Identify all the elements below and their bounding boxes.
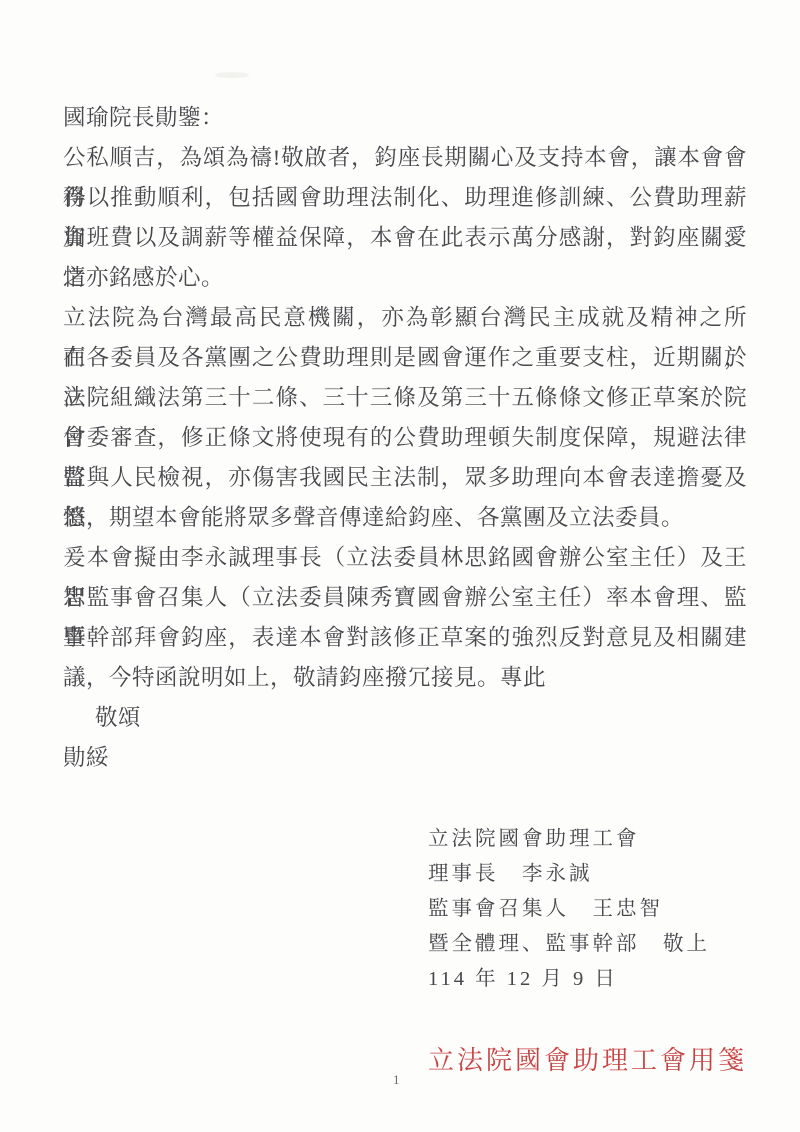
- body-line: 議，今特函說明如上，敬請鈞座撥冗接見。專此: [63, 658, 747, 698]
- body-line: 得以推動順利，包括國會助理法制化、助理進修訓練、公費助理薪資、: [63, 178, 747, 218]
- signature-date: 114 年 12 月 9 日: [428, 962, 710, 997]
- body-line: 情亦銘感於心。: [63, 258, 747, 298]
- body-line: 智監事會召集人（立法委員陳秀寶國會辦公室主任）率本會理、監事: [63, 578, 747, 618]
- body-line: 督與人民檢視，亦傷害我國民主法制，眾多助理向本會表達擔憂及憤: [63, 458, 747, 498]
- signature-staff: 暨全體理、監事幹部 敬上: [428, 927, 710, 962]
- letter-body: 國瑜院長勛鑒： 公私順吉，為頌為禱!敬啟者，鈞座長期關心及支持本會，讓本會會務 …: [63, 98, 747, 778]
- letterhead-stamp: 立法院國會助理工會用箋: [428, 1040, 747, 1077]
- body-line: 暨幹部拜會鈞座，表達本會對該修正草案的強烈反對意見及相關建: [63, 618, 747, 658]
- signature-block: 立法院國會助理工會 理事長 李永誠 監事會召集人 王忠智 暨全體理、監事幹部 敬…: [428, 822, 710, 997]
- body-line: 法院組織法第三十二條、三十三條及第三十五條條文修正草案於院會: [63, 378, 747, 418]
- signature-chairman: 理事長 李永誠: [428, 857, 710, 892]
- body-line: 爰本會擬由李永誠理事長（立法委員林思銘國會辦公室主任）及王忠: [63, 538, 747, 578]
- scan-artifact: [215, 72, 249, 78]
- closing-salute: 勛綏: [63, 738, 747, 778]
- letter-page: 國瑜院長勛鑒： 公私順吉，為頌為禱!敬啟者，鈞座長期關心及支持本會，讓本會會務 …: [0, 0, 800, 1132]
- body-line: 公私順吉，為頌為禱!敬啟者，鈞座長期關心及支持本會，讓本會會務: [63, 138, 747, 178]
- body-line: 怒，期望本會能將眾多聲音傳達給鈞座、各黨團及立法委員。: [63, 498, 747, 538]
- body-line: 立法院為台灣最高民意機關，亦為彰顯台灣民主成就及精神之所在，: [63, 298, 747, 338]
- body-line: 加班費以及調薪等權益保障，本會在此表示萬分感謝，對鈞座關愛之: [63, 218, 747, 258]
- salutation: 國瑜院長勛鑒：: [63, 98, 747, 138]
- body-line: 付委審查，修正條文將使現有的公費助理頓失制度保障，規避法律監: [63, 418, 747, 458]
- body-line: 而各委員及各黨團之公費助理則是國會運作之重要支柱，近期關於立: [63, 338, 747, 378]
- signature-supervisor: 監事會召集人 王忠智: [428, 892, 710, 927]
- signature-org: 立法院國會助理工會: [428, 822, 710, 857]
- page-number: 1: [393, 1072, 400, 1088]
- closing-word: 敬頌: [63, 698, 747, 738]
